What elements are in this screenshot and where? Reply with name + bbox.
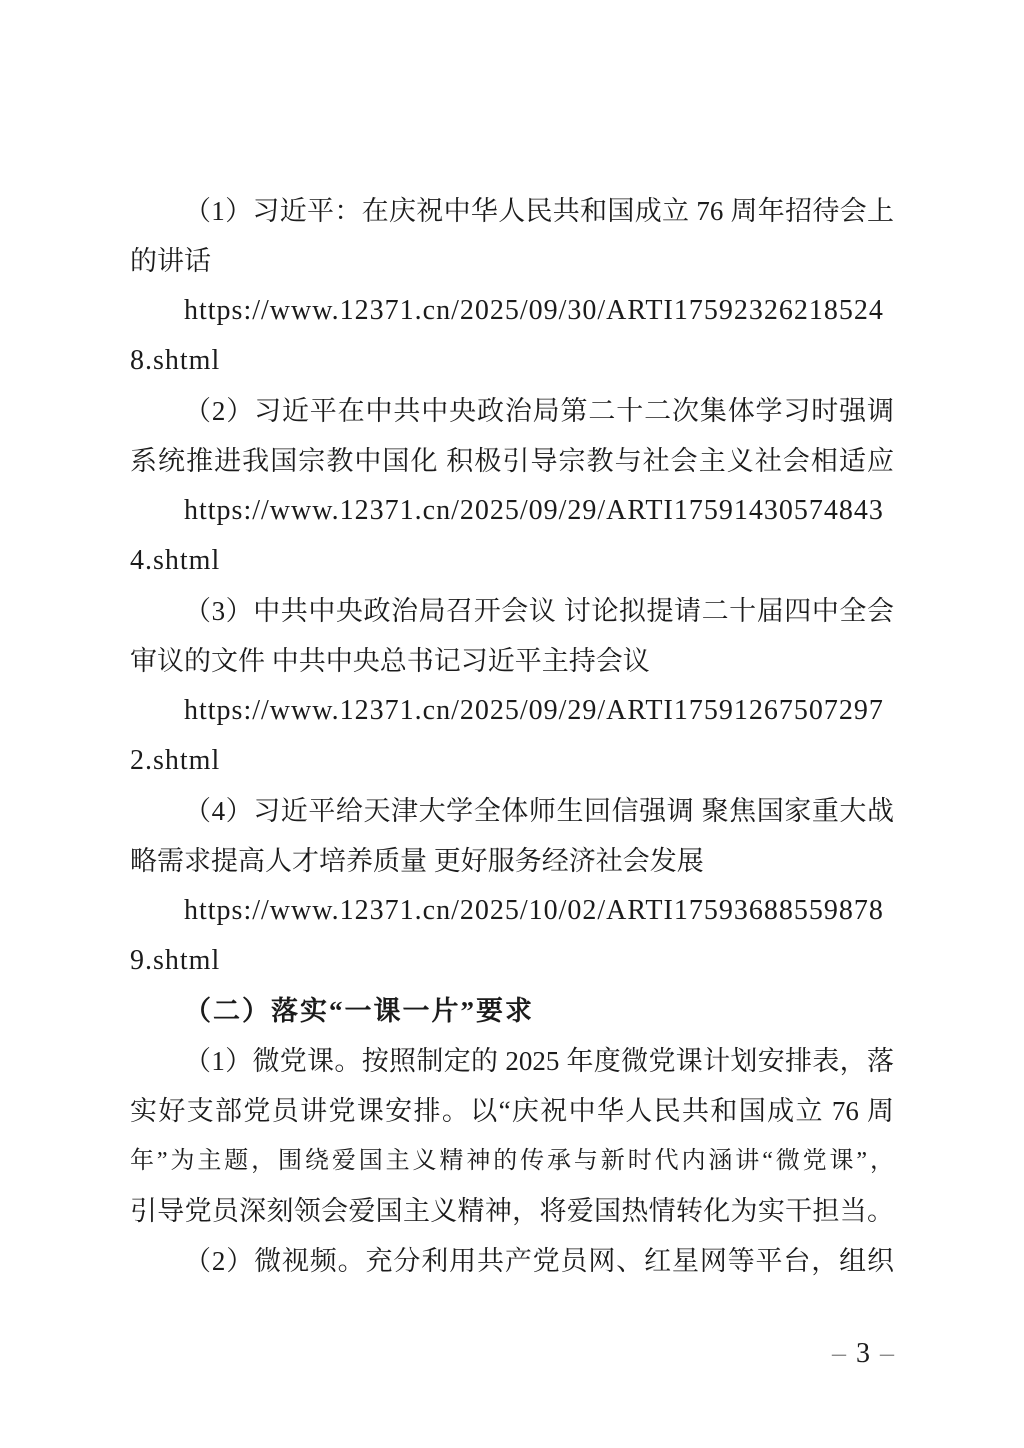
page-number-dash-right: – — [880, 1338, 894, 1369]
url-line: https://www.12371.cn/2025/10/02/ARTI1759… — [130, 886, 894, 936]
paragraph-line: 略需求提高人才培养质量 更好服务经济社会发展 — [130, 836, 894, 886]
document-page: （1）习近平：在庆祝中华人民共和国成立 76 周年招待会上 的讲话 https:… — [0, 0, 1024, 1448]
paragraph-line: 引导党员深刻领会爱国主义精神，将爱国热情转化为实干担当。 — [130, 1186, 894, 1236]
paragraph-line: 年”为主题，围绕爱国主义精神的传承与新时代内涵讲“微党课”， — [130, 1136, 894, 1186]
paragraph-line: （2）微视频。充分利用共产党员网、红星网等平台，组织 — [130, 1236, 894, 1286]
url-line: 4.shtml — [130, 536, 894, 586]
page-number-dash-left: – — [832, 1338, 846, 1369]
paragraph-line: （1）微党课。按照制定的 2025 年度微党课计划安排表，落 — [130, 1036, 894, 1086]
paragraph-line: 实好支部党员讲党课安排。以“庆祝中华人民共和国成立 76 周 — [130, 1086, 894, 1136]
section-heading: （二）落实“一课一片”要求 — [130, 986, 894, 1036]
url-line: https://www.12371.cn/2025/09/30/ARTI1759… — [130, 286, 894, 336]
url-line: 9.shtml — [130, 936, 894, 986]
url-line: 2.shtml — [130, 736, 894, 786]
paragraph-line: 系统推进我国宗教中国化 积极引导宗教与社会主义社会相适应 — [130, 436, 894, 486]
document-body: （1）习近平：在庆祝中华人民共和国成立 76 周年招待会上 的讲话 https:… — [130, 186, 894, 1286]
paragraph-line: （3）中共中央政治局召开会议 讨论拟提请二十届四中全会 — [130, 586, 894, 636]
paragraph-line: 的讲话 — [130, 236, 894, 286]
paragraph-line: （1）习近平：在庆祝中华人民共和国成立 76 周年招待会上 — [130, 186, 894, 236]
page-number: 3 — [856, 1338, 870, 1370]
url-line: 8.shtml — [130, 336, 894, 386]
url-line: https://www.12371.cn/2025/09/29/ARTI1759… — [130, 686, 894, 736]
paragraph-line: 审议的文件 中共中央总书记习近平主持会议 — [130, 636, 894, 686]
url-line: https://www.12371.cn/2025/09/29/ARTI1759… — [130, 486, 894, 536]
paragraph-line: （2）习近平在中共中央政治局第二十二次集体学习时强调 — [130, 386, 894, 436]
paragraph-line: （4）习近平给天津大学全体师生回信强调 聚焦国家重大战 — [130, 786, 894, 836]
page-footer: –3– — [130, 1338, 894, 1370]
